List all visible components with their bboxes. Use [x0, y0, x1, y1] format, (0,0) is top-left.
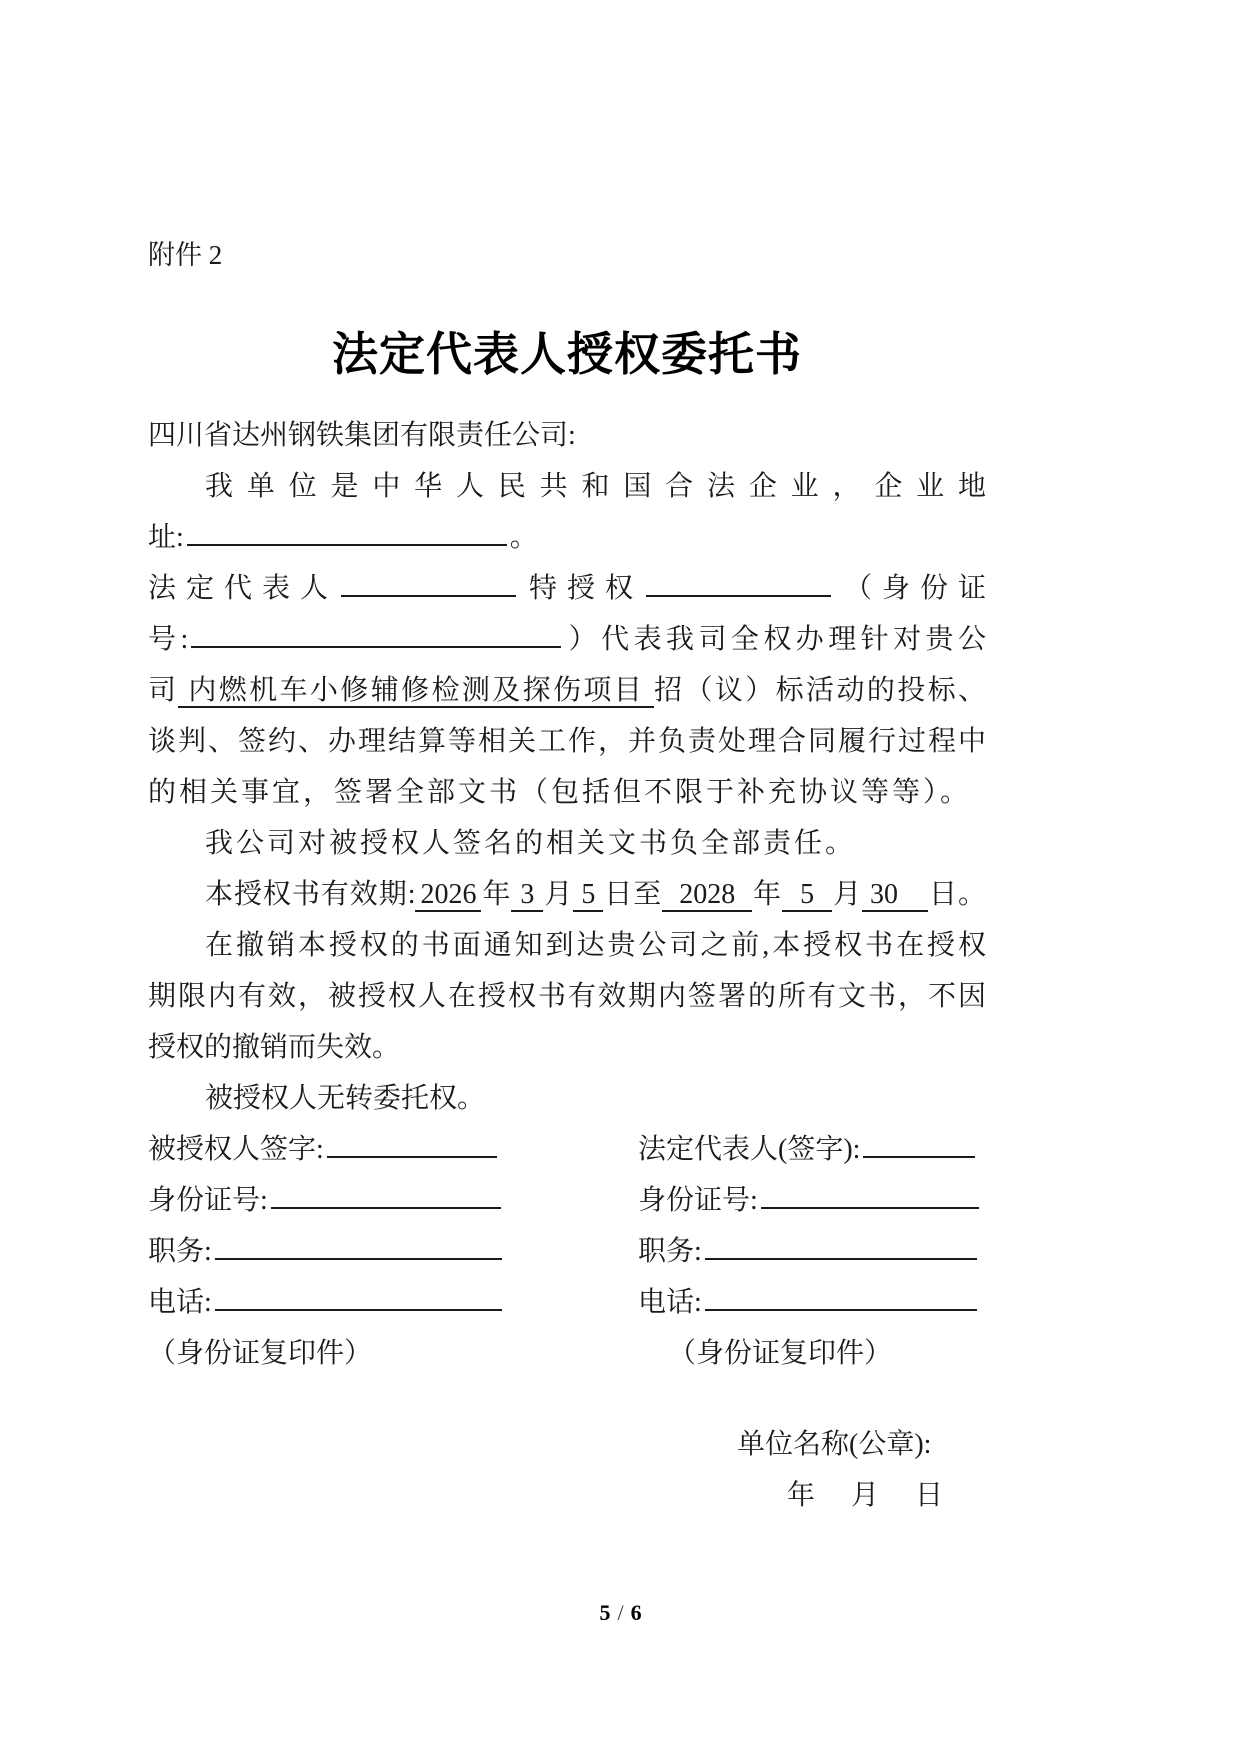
authorize-label: 特授权	[519, 573, 643, 604]
end-day-label: 日。	[928, 879, 986, 910]
signature-row-title: 职务: 职务:	[148, 1226, 986, 1277]
document-page: 附件 2 法定代表人授权委托书 四川省达州钢铁集团有限责任公司: 我单位是中华人…	[0, 0, 1241, 1755]
scope-line-1: 谈判、签约、办理结算等相关工作，并负责处理合同履行过程中	[148, 716, 986, 767]
idcard-open-text: （身份证	[834, 573, 986, 604]
document-body: 四川省达州钢铁集团有限责任公司: 我单位是中华人民共和国合法企业，企业地 址:。…	[148, 410, 986, 1521]
rep-phone-blank	[705, 1309, 977, 1311]
representative-line: 法定代表人特授权（身份证	[148, 563, 986, 614]
end-month-value: 5	[782, 879, 832, 912]
agent-phone-blank	[215, 1309, 502, 1311]
idnumber-label: 号:	[148, 624, 188, 655]
address-period: 。	[510, 522, 538, 553]
rep-title-blank	[705, 1258, 977, 1260]
signature-row-phone: 电话: 电话:	[148, 1277, 986, 1328]
agent-id-label: 身份证号:	[148, 1185, 268, 1216]
address-line: 址:。	[148, 512, 986, 563]
agent-phone-cell: 电话:	[148, 1277, 638, 1328]
to-label: 日至	[603, 879, 662, 910]
revocation-line-2: 期限内有效，被授权人在授权书有效期内签署的所有文书，不因	[148, 971, 986, 1022]
stamp-date-line: 年 月 日	[148, 1470, 986, 1521]
rep-sign-label: 法定代表人(签字):	[638, 1134, 860, 1165]
revocation-line-3: 授权的撤销而失效。	[148, 1022, 986, 1073]
current-page-number: 5	[599, 1600, 610, 1625]
agent-title-blank	[215, 1258, 502, 1260]
rep-sign-cell: 法定代表人(签字):	[638, 1124, 986, 1175]
rep-id-blank	[761, 1207, 979, 1209]
start-year-value: 2026	[415, 879, 481, 912]
project-name-underlined: 内燃机车小修辅修检测及探伤项目	[178, 675, 654, 708]
scope-line-2: 的相关事宜，签署全部文书（包括但不限于补充协议等等）。	[148, 767, 986, 818]
project-line: 司内燃机车小修辅修检测及探伤项目招（议）标活动的投标、	[148, 665, 986, 716]
rep-sign-blank	[863, 1156, 975, 1158]
signature-row-copy-note: （身份证复印件） （身份证复印件）	[148, 1328, 986, 1379]
idnumber-blank	[191, 646, 561, 648]
rep-title-label: 职务:	[638, 1236, 702, 1267]
agent-title-label: 职务:	[148, 1236, 212, 1267]
validity-label: 本授权书有效期:	[205, 879, 415, 910]
agent-id-blank	[271, 1207, 501, 1209]
agent-sign-cell: 被授权人签字:	[148, 1124, 638, 1175]
representative-label: 法定代表人	[148, 573, 338, 604]
end-year-value: 2028	[662, 879, 752, 912]
address-label: 址:	[148, 522, 184, 553]
bidding-text: 招（议）标活动的投标、	[654, 675, 986, 706]
unit-stamp-label: 单位名称(公章):	[148, 1419, 986, 1470]
rep-copy-note: （身份证复印件）	[638, 1328, 986, 1379]
start-month-value: 3	[511, 879, 543, 912]
signature-row-id: 身份证号: 身份证号:	[148, 1175, 986, 1226]
start-month-label: 月	[543, 879, 573, 910]
agent-phone-label: 电话:	[148, 1287, 212, 1318]
idnumber-suffix-text: ）代表我司全权办理针对贵公	[564, 624, 986, 655]
validity-line: 本授权书有效期:2026年3月5日至2028年5月30日。	[148, 869, 986, 920]
agent-sign-blank	[327, 1156, 497, 1158]
intro-line: 我单位是中华人民共和国合法企业，企业地	[148, 461, 986, 512]
recipient-line: 四川省达州钢铁集团有限责任公司:	[148, 410, 986, 461]
no-delegation-line: 被授权人无转委托权。	[148, 1073, 986, 1124]
representative-name-blank	[341, 595, 516, 597]
agent-title-cell: 职务:	[148, 1226, 638, 1277]
rep-title-cell: 职务:	[638, 1226, 986, 1277]
company-word: 司	[148, 675, 178, 706]
agent-copy-note: （身份证复印件）	[148, 1328, 638, 1379]
page-separator: /	[610, 1600, 630, 1625]
responsibility-line: 我公司对被授权人签名的相关文书负全部责任。	[148, 818, 986, 869]
signature-row-sign: 被授权人签字: 法定代表人(签字):	[148, 1124, 986, 1175]
agent-id-cell: 身份证号:	[148, 1175, 638, 1226]
rep-id-label: 身份证号:	[638, 1185, 758, 1216]
idnumber-line: 号:）代表我司全权办理针对贵公	[148, 614, 986, 665]
agent-sign-label: 被授权人签字:	[148, 1134, 324, 1165]
end-year-label: 年	[752, 879, 782, 910]
rep-id-cell: 身份证号:	[638, 1175, 986, 1226]
start-year-label: 年	[481, 879, 511, 910]
rep-phone-label: 电话:	[638, 1287, 702, 1318]
agent-name-blank	[646, 595, 831, 597]
total-page-number: 6	[631, 1600, 642, 1625]
page-footer: 5/6	[0, 1600, 1241, 1626]
address-blank-field	[187, 544, 507, 546]
end-month-label: 月	[832, 879, 862, 910]
rep-phone-cell: 电话:	[638, 1277, 986, 1328]
attachment-label: 附件 2	[148, 238, 222, 272]
end-day-value: 30	[862, 879, 928, 912]
revocation-line-1: 在撤销本授权的书面通知到达贵公司之前,本授权书在授权	[148, 920, 986, 971]
start-day-value: 5	[573, 879, 603, 912]
document-title: 法定代表人授权委托书	[148, 318, 986, 384]
